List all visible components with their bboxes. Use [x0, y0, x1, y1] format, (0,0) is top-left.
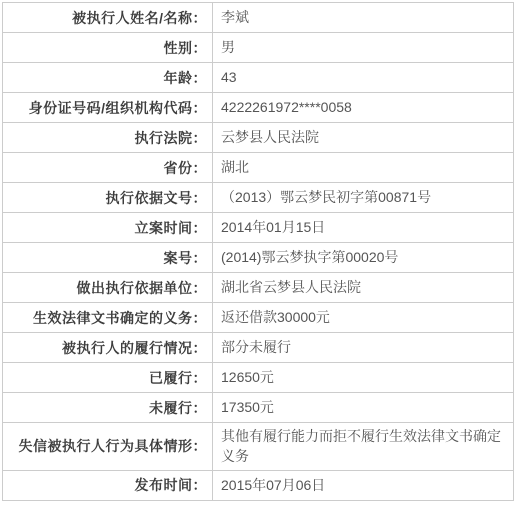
table-row-age: 年龄： 43	[3, 63, 514, 93]
field-value: 17350元	[213, 393, 514, 423]
field-value: 2014年01月15日	[213, 213, 514, 243]
field-value: 湖北省云梦县人民法院	[213, 273, 514, 303]
table-row-name: 被执行人姓名/名称： 李斌	[3, 3, 514, 33]
table-row-province: 省份： 湖北	[3, 153, 514, 183]
field-label: 性别：	[3, 33, 213, 63]
field-value: （2013）鄂云梦民初字第00871号	[213, 183, 514, 213]
table-row-executing-court: 执行法院： 云梦县人民法院	[3, 123, 514, 153]
field-value: 湖北	[213, 153, 514, 183]
field-label: 发布时间：	[3, 470, 213, 500]
table-row-performed-amount: 已履行： 12650元	[3, 363, 514, 393]
field-label: 身份证号码/组织机构代码：	[3, 93, 213, 123]
field-value: (2014)鄂云梦执字第00020号	[213, 243, 514, 273]
field-label: 未履行：	[3, 393, 213, 423]
table-row-legal-obligation: 生效法律文书确定的义务： 返还借款30000元	[3, 303, 514, 333]
table-row-publish-date: 发布时间： 2015年07月06日	[3, 470, 514, 500]
field-value: 返还借款30000元	[213, 303, 514, 333]
field-value: 43	[213, 63, 514, 93]
table-row-case-number: 案号： (2014)鄂云梦执字第00020号	[3, 243, 514, 273]
debtor-info-table: 被执行人姓名/名称： 李斌 性别： 男 年龄： 43 身份证号码/组织机构代码：…	[2, 2, 514, 501]
field-label: 被执行人的履行情况：	[3, 333, 213, 363]
field-value: 2015年07月06日	[213, 470, 514, 500]
field-label: 执行依据文号：	[3, 183, 213, 213]
table-row-basis-issuing-unit: 做出执行依据单位： 湖北省云梦县人民法院	[3, 273, 514, 303]
table-row-id-number: 身份证号码/组织机构代码： 4222261972****0058	[3, 93, 514, 123]
table-row-gender: 性别： 男	[3, 33, 514, 63]
field-value: 12650元	[213, 363, 514, 393]
field-value: 男	[213, 33, 514, 63]
field-label: 生效法律文书确定的义务：	[3, 303, 213, 333]
field-label: 被执行人姓名/名称：	[3, 3, 213, 33]
table-row-dishonest-conduct: 失信被执行人行为具体情形： 其他有履行能力而拒不履行生效法律文书确定义务	[3, 423, 514, 471]
field-value: 李斌	[213, 3, 514, 33]
table-row-unperformed-amount: 未履行： 17350元	[3, 393, 514, 423]
field-label: 失信被执行人行为具体情形：	[3, 423, 213, 471]
field-label: 已履行：	[3, 363, 213, 393]
field-value: 4222261972****0058	[213, 93, 514, 123]
table-row-basis-document-number: 执行依据文号： （2013）鄂云梦民初字第00871号	[3, 183, 514, 213]
field-value: 云梦县人民法院	[213, 123, 514, 153]
field-value: 其他有履行能力而拒不履行生效法律文书确定义务	[213, 423, 514, 471]
field-label: 案号：	[3, 243, 213, 273]
field-label: 立案时间：	[3, 213, 213, 243]
debtor-info-table-body: 被执行人姓名/名称： 李斌 性别： 男 年龄： 43 身份证号码/组织机构代码：…	[3, 3, 514, 501]
field-label: 年龄：	[3, 63, 213, 93]
field-value: 部分未履行	[213, 333, 514, 363]
field-label: 做出执行依据单位：	[3, 273, 213, 303]
table-row-filing-date: 立案时间： 2014年01月15日	[3, 213, 514, 243]
table-row-performance-status: 被执行人的履行情况： 部分未履行	[3, 333, 514, 363]
field-label: 省份：	[3, 153, 213, 183]
field-label: 执行法院：	[3, 123, 213, 153]
